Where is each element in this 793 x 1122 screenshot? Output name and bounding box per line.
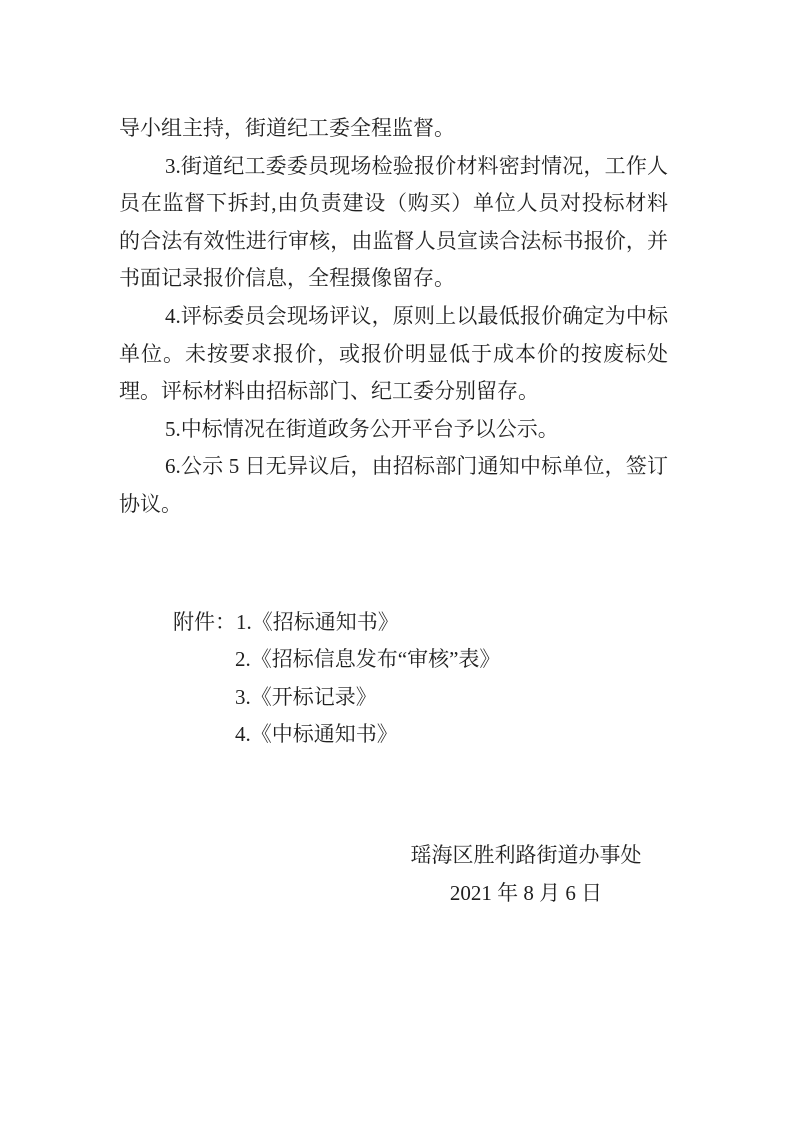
- body-paragraph-clause-5: 5.中标情况在街道政务公开平台予以公示。: [119, 411, 668, 449]
- body-paragraph-clause-6: 6.公示 5 日无异议后，由招标部门通知中标单位，签订协议。: [119, 448, 668, 523]
- attachment-item-3: 3.《开标记录》: [119, 679, 668, 717]
- attachments-label: 附件：: [173, 610, 236, 634]
- document-page: 导小组主持，街道纪工委全程监督。 3.街道纪工委委员现场检验报价材料密封情况，工…: [0, 0, 793, 1122]
- document-body: 导小组主持，街道纪工委全程监督。 3.街道纪工委委员现场检验报价材料密封情况，工…: [119, 110, 668, 912]
- attachment-line-1: 附件：1.《招标通知书》: [119, 604, 668, 642]
- body-paragraph-clause-3: 3.街道纪工委委员现场检验报价材料密封情况，工作人员在监督下拆封,由负责建设（购…: [119, 148, 668, 298]
- signature-date: 2021 年 8 月 6 日: [384, 875, 668, 913]
- signature-org: 瑶海区胜利路街道办事处: [384, 837, 668, 875]
- signature-block: 瑶海区胜利路街道办事处 2021 年 8 月 6 日: [119, 837, 668, 912]
- attachments-section: 附件：1.《招标通知书》 2.《招标信息发布“审核”表》 3.《开标记录》 4.…: [119, 604, 668, 754]
- attachment-item-4: 4.《中标通知书》: [119, 716, 668, 754]
- body-paragraph-continuation: 导小组主持，街道纪工委全程监督。: [119, 110, 668, 148]
- attachment-item-2: 2.《招标信息发布“审核”表》: [119, 641, 668, 679]
- attachment-item-1: 1.《招标通知书》: [236, 610, 399, 634]
- body-paragraph-clause-4: 4.评标委员会现场评议，原则上以最低报价确定为中标单位。未按要求报价，或报价明显…: [119, 298, 668, 411]
